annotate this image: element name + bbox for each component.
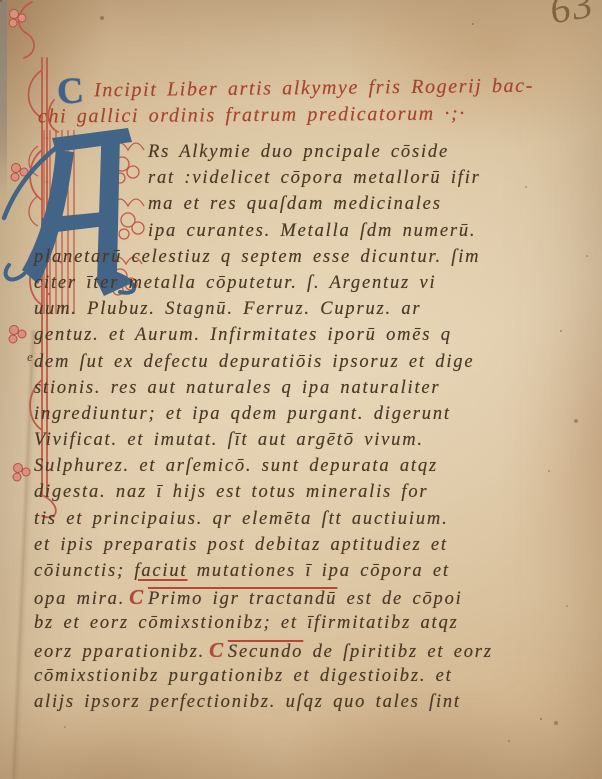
text-line: planetarū celestiuz q septem esse dicunt…	[34, 244, 594, 270]
text-segment: cōmixstionibz purgationibz et digestioib…	[34, 666, 453, 686]
text-segment: alijs ipsorz perfectionibz. uſqz quo tal…	[34, 692, 461, 712]
text-segment: stionis. res aut naturales q ipa natural…	[34, 378, 440, 398]
text-segment: est de cōpoi	[337, 589, 462, 609]
text-segment: planetarū celestiuz q septem esse dicunt…	[34, 247, 480, 267]
rubric-line-1: Incipit Liber artis alkymye fris Rogerij…	[94, 75, 534, 103]
text-segment: uum. Plubuz. Stagnū. Ferruz. Cupruz. ar	[34, 299, 421, 319]
text-line: ipa curantes. Metalla ſdm numerū.	[34, 218, 594, 244]
text-segment: Rs Alkymie duo pncipale cōside	[148, 142, 449, 162]
text-line: bz et eorz cōmixstionibz; et īfirmitatib…	[34, 610, 594, 636]
marginal-mark: e	[27, 349, 33, 365]
text-line: alijs ipsorz perfectionibz. uſqz quo tal…	[34, 689, 594, 715]
text-line: rat :videlicet cōpora metallorū ifir	[34, 165, 594, 191]
text-line: gentuz. et Aurum. Infirmitates iporū omē…	[34, 322, 594, 348]
text-line: cōiunctis; faciut mutationes ī ipa cōpor…	[34, 558, 594, 584]
text-line: uum. Plubuz. Stagnū. Ferruz. Cupruz. ar	[34, 296, 594, 322]
text-segment: Primo igr tractandū	[148, 589, 337, 609]
manuscript-page: 63 C Incipit Liber artis alkymye fris Ro…	[0, 0, 602, 779]
text-line: Sulphurez. et arſemicō. sunt depurata at…	[34, 453, 594, 479]
text-segment: Secundo	[228, 642, 303, 662]
text-segment: digesta. naz ī hijs est totus mineralis …	[34, 482, 428, 502]
text-segment: dem ſut ex defectu depuratiōis ipsoruz e…	[34, 352, 474, 372]
text-segment: rat :videlicet cōpora metallorū ifir	[148, 168, 481, 188]
text-line: ingrediuntur; et ipa qdem purgant. diger…	[34, 401, 594, 427]
text-line: citer īter metalla cōputetur. ſ. Argentu…	[34, 270, 594, 296]
text-segment: de ſpiritibz et eorz	[303, 642, 493, 662]
text-line: Vivificat. et imutat. ſīt aut argētō viv…	[34, 427, 594, 453]
text-line: ma et res quaſdam medicinales	[34, 191, 594, 217]
text-line: stionis. res aut naturales q ipa natural…	[34, 375, 594, 401]
text-segment: ingrediuntur; et ipa qdem purgant. diger…	[34, 404, 451, 424]
text-block: Rs Alkymie duo pncipale cōsiderat :videl…	[34, 139, 594, 715]
text-line: et ipis preparatis post debitaz aptitudi…	[34, 532, 594, 558]
text-segment: opa mira.	[34, 589, 125, 609]
text-line: tis et principaius. qr elemēta ſtt aucti…	[34, 506, 594, 532]
folio-number: 63	[546, 0, 597, 33]
text-segment: eorz pparationibz.	[34, 642, 205, 662]
text-segment: ma et res quaſdam medicinales	[148, 194, 442, 214]
text-segment: bz et eorz cōmixstionibz; et īfirmitatib…	[34, 613, 459, 633]
text-segment: citer īter metalla cōputetur. ſ. Argentu…	[34, 273, 436, 293]
text-segment: gentuz. et Aurum. Infirmitates iporū omē…	[34, 325, 452, 345]
text-line: opa mira.CPrimo igr tractandū est de cōp…	[34, 584, 594, 610]
text-line: eorz pparationibz.CSecundo de ſpiritibz …	[34, 637, 594, 663]
text-line: cōmixstionibz purgationibz et digestioib…	[34, 663, 594, 689]
text-segment: ipa curantes. Metalla ſdm numerū.	[148, 221, 476, 241]
text-segment: cōiunctis;	[34, 561, 134, 581]
red-paraph-mark: C	[129, 585, 145, 609]
text-segment: Sulphurez. et arſemicō. sunt depurata at…	[34, 456, 438, 476]
text-segment: et ipis preparatis post debitaz aptitudi…	[34, 535, 448, 555]
text-line: digesta. naz ī hijs est totus mineralis …	[34, 479, 594, 505]
text-segment: tis et principaius. qr elemēta ſtt aucti…	[34, 509, 449, 529]
red-paraph-mark: C	[209, 638, 225, 662]
text-line: Rs Alkymie duo pncipale cōside	[34, 139, 594, 165]
text-line: dem ſut ex defectu depuratiōis ipsoruz e…	[34, 349, 594, 375]
text-segment: Vivificat. et imutat. ſīt aut argētō viv…	[34, 430, 424, 450]
text-segment: faciut	[134, 561, 187, 581]
text-segment: mutationes ī ipa cōpora et	[187, 561, 449, 581]
